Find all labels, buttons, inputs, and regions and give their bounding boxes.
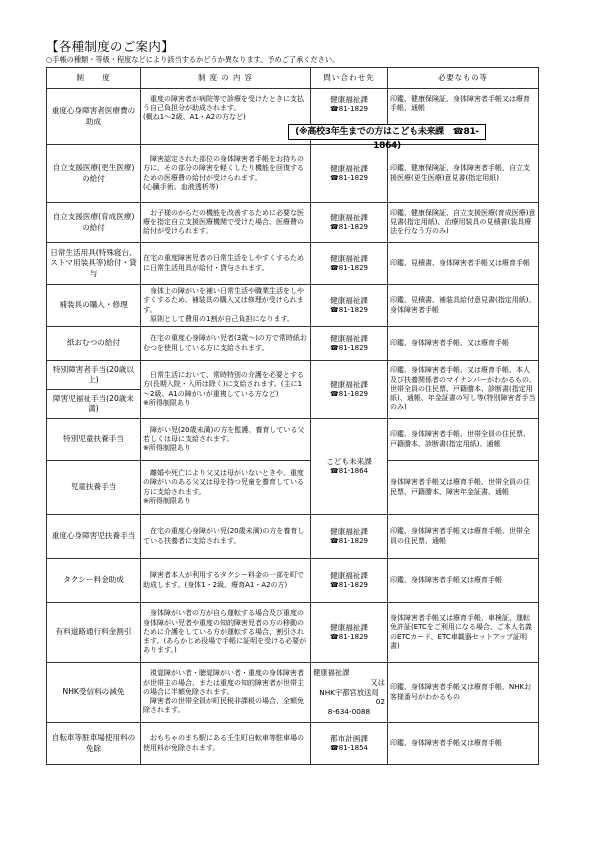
system-name: 日常生活用具(特殊寝台、ストマ用装具等)給付・貸与	[47, 243, 141, 285]
system-name: 児童扶養手当	[47, 461, 141, 515]
required-items: 印鑑、身体障害者手帳、又は療育手帳	[388, 327, 539, 361]
phone-icon: ☎	[330, 264, 339, 272]
phone-icon: ☎	[330, 105, 339, 113]
table-row: 自立支援医療(育成医療)の給付 お子様のからだの機能を改善するために必要な医療を…	[47, 203, 539, 243]
table-row: 特別障害者手当(20歳以上) 日常生活において、常時特別の介護を必要とする方(長…	[47, 361, 539, 390]
header-system: 制 度	[47, 68, 141, 89]
required-items: 印鑑、見積書、補装具給付意見書(指定用紙)、身体障害者手帳	[388, 285, 539, 327]
system-content: おもちゃのまち駅にある壬生町自転車等駐車場の使用料が免除されます。	[141, 723, 311, 765]
required-items: 印鑑、身体障害者手帳、世帯全員の住民票、戸籍謄本、診断書(指定用紙)、通帳	[388, 419, 539, 461]
table-row: 児童扶養手当 離婚や死亡により父又は母がいないときや、重度の障がいのある父又は母…	[47, 461, 539, 515]
required-items: 身体障害者手帳又は療育手帳、世帯全員の住民票、戸籍謄本、障害年金証書、通帳	[388, 461, 539, 515]
contact: 都市計画課 ☎81-1854	[311, 723, 388, 765]
system-name: 有料道路通行料金割引	[47, 603, 141, 663]
system-content: お子様のからだの機能を改善するために必要な医療を指定自立支援医療機関で受けた場合…	[141, 203, 311, 243]
required-items: 印鑑、健康保険証、身体障害者手帳、自立支援医療(更生医療)意見書(指定用紙)	[388, 145, 539, 203]
contact: 健康福祉課 ☎81-1829	[311, 327, 388, 361]
phone-icon: ☎	[330, 467, 339, 475]
system-content: 障害認定された部位の身体障害者手帳をお持ちの方に、その部分の障害を軽くしたり機能…	[141, 145, 311, 203]
header-content: 制 度 の 内 容	[141, 68, 311, 89]
page-title: 【各種制度のご案内】	[46, 37, 174, 55]
table-row: 自立支援医療(更生医療)の給付 障害認定された部位の身体障害者手帳をお持ちの方に…	[47, 145, 539, 203]
system-content: 在宅の重度心身障がい児者(3歳～)の方で常時紙おむつを使用している方に支給されま…	[141, 327, 311, 361]
table-row: 有料道路通行料金割引 身体障がい者の方が自ら運転する場合及び重度の身体障がい児者…	[47, 603, 539, 663]
contact: 健康福祉課 ☎81-1829	[311, 145, 388, 203]
contact: 健康福祉課 ☎81-1829	[311, 285, 388, 327]
system-content: 障害者本人が利用するタクシー料金の一部を町で助成します。(身体1・2級、療育A1…	[141, 559, 311, 603]
system-content: 身体障がい者の方が自ら運転する場合及び重度の身体障がい児者や重度の知的障害児者の…	[141, 603, 311, 663]
system-content: 離婚や死亡により父又は母がいないときや、重度の障がいのある父又は母を持つ児童を養…	[141, 461, 311, 515]
phone-icon: ☎	[330, 174, 339, 182]
system-name: 紙おむつの給付	[47, 327, 141, 361]
table-row: 日常生活用具(特殊寝台、ストマ用装具等)給付・貸与 在宅の重度障害児者の日常生活…	[47, 243, 539, 285]
required-items: 身体障害者手帳又は療育手帳、車検証、運転免許証(ETCをご利用になる場合、ご本人…	[388, 603, 539, 663]
required-items: 印鑑、身体障害者手帳又は療育手帳	[388, 723, 539, 765]
phone-icon: ☎	[330, 223, 339, 231]
system-name: NHK受信料の減免	[47, 663, 141, 723]
required-items: 印鑑、身体障害者手帳、又は療育手帳、本人及び扶養関係者のマイナンバーがわかるもの…	[388, 361, 539, 419]
header-contact: 問い合わせ先	[311, 68, 388, 89]
high-school-note-box: (※高校3年生までの方はこども未来課 ☎81-1864)	[288, 124, 486, 140]
system-content: 在宅の重度障害児者の日常生活をしやすくするために日常生活用具が給付・貸与されます…	[141, 243, 311, 285]
table-row: タクシー料金助成 障害者本人が利用するタクシー料金の一部を町で助成します。(身体…	[47, 559, 539, 603]
contact: 健康福祉課 ☎81-1829	[311, 559, 388, 603]
system-content: 重度の障害者が病院等で診療を受けたときに支払う自己負担分が助成されます。 (概ね…	[141, 89, 311, 145]
contact: 健康福祉課 又は NHK宇都宮放送局 02 8-634-0088	[311, 663, 388, 723]
system-name: 特別障害者手当(20歳以上)	[47, 361, 141, 390]
contact: 健康福祉課 ☎81-1829	[311, 515, 388, 559]
header-required: 必要なもの等	[388, 68, 539, 89]
table-row: 補装具の購入・修理 身体上の障がいを補い日常生活や職業生活をしやすくするため、補…	[47, 285, 539, 327]
system-name: 自立支援医療(育成医療)の給付	[47, 203, 141, 243]
phone-icon: ☎	[330, 306, 339, 314]
system-name: 重度心身障害児扶養手当	[47, 515, 141, 559]
table-row: 特別児童扶養手当 障がい児(20歳未満)の方を監護、養育している父若しくは母に支…	[47, 419, 539, 461]
system-content: 日常生活において、常時特別の介護を必要とする方(長期入院・入所は除く)に支給され…	[141, 361, 311, 419]
required-items: 印鑑、見積書、身体障害者手帳又は療育手帳	[388, 243, 539, 285]
system-name: 特別児童扶養手当	[47, 419, 141, 461]
system-content: 障がい児(20歳未満)の方を監護、養育している父若しくは母に支給されます。 ※所…	[141, 419, 311, 461]
system-name: 自転車等駐車場使用料の免除	[47, 723, 141, 765]
phone-icon: ☎	[330, 537, 339, 545]
system-content: 視覚障がい者・聴覚障がい者・重度の身体障害者が世帯主の場合、または重度の知的障害…	[141, 663, 311, 723]
table-header-row: 制 度 制 度 の 内 容 問い合わせ先 必要なもの等	[47, 68, 539, 89]
system-name: 障害児福祉手当(20歳未満)	[47, 390, 141, 419]
phone-icon: ☎	[330, 633, 339, 641]
systems-table: 制 度 制 度 の 内 容 問い合わせ先 必要なもの等 重度心身障害者医療費の助…	[46, 67, 539, 765]
required-items: 印鑑、身体障害者手帳又は療育手帳、世帯全員の住民票、通帳	[388, 515, 539, 559]
phone-icon: ☎	[330, 744, 339, 752]
system-name: タクシー料金助成	[47, 559, 141, 603]
table-row: 重度心身障害児扶養手当 在宅の重度心身障がい児(20歳未満)の方を養育している扶…	[47, 515, 539, 559]
system-content: 在宅の重度心身障がい児(20歳未満)の方を養育している扶養者に支給されます。	[141, 515, 311, 559]
contact: こども未来課 ☎81-1864	[311, 419, 388, 515]
required-items: 印鑑、身体障害者手帳又は療育手帳	[388, 559, 539, 603]
phone-icon: ☎	[330, 581, 339, 589]
required-items: 印鑑、健康保険証、自立支援医療(育成医療)意見書(指定用紙)、治療用装具の見積書…	[388, 203, 539, 243]
system-name: 自立支援医療(更生医療)の給付	[47, 145, 141, 203]
contact: 健康福祉課 ☎81-1829	[311, 361, 388, 419]
contact: 健康福祉課 ☎81-1829	[311, 603, 388, 663]
system-name: 補装具の購入・修理	[47, 285, 141, 327]
contact: 健康福祉課 ☎81-1829	[311, 203, 388, 243]
contact: 健康福祉課 ☎81-1829	[311, 243, 388, 285]
phone-icon: ☎	[330, 390, 339, 398]
system-name: 重度心身障害者医療費の助成	[47, 89, 141, 145]
system-content: 身体上の障がいを補い日常生活や職業生活をしやすくするため、補装具の購入又は修理が…	[141, 285, 311, 327]
phone-icon: ☎	[330, 344, 339, 352]
table-row: 紙おむつの給付 在宅の重度心身障がい児者(3歳～)の方で常時紙おむつを使用してい…	[47, 327, 539, 361]
table-row: NHK受信料の減免 視覚障がい者・聴覚障がい者・重度の身体障害者が世帯主の場合、…	[47, 663, 539, 723]
table-row: 自転車等駐車場使用料の免除 おもちゃのまち駅にある壬生町自転車等駐車場の使用料が…	[47, 723, 539, 765]
page-note: ○手帳の種類・等級・程度などにより該当するかどうか異なります。予めご了承ください…	[46, 55, 339, 65]
required-items: 印鑑、身体障害者手帳又は療育手帳、NHKお客様番号がわかるもの	[388, 663, 539, 723]
